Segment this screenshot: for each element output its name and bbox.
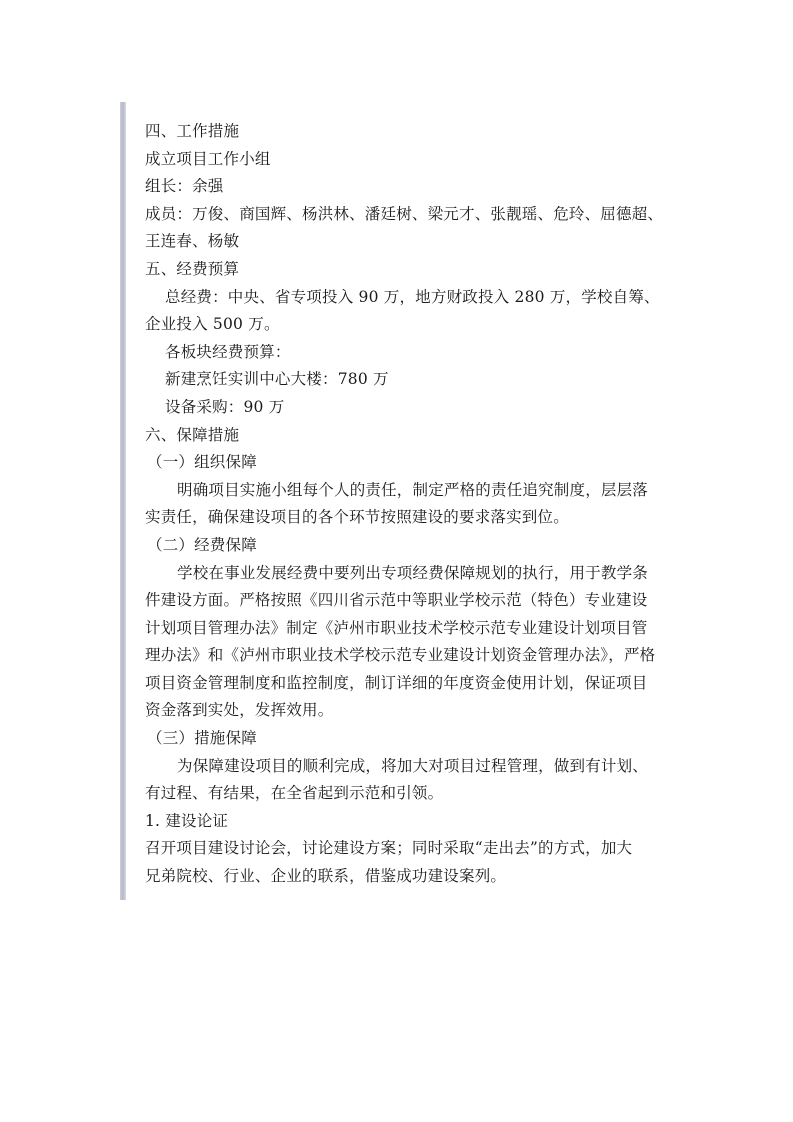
- construction-review-line-1: 召开项目建设讨论会，讨论建设方案；同时采取“走出去”的方式，加大: [145, 835, 665, 863]
- organization-para-line-2: 实责任，确保建设项目的各个环节按照建设的要求落实到位。: [145, 504, 665, 532]
- funding-para-line-1: 学校在事业发展经费中要列出专项经费保障规划的执行，用于教学条: [145, 560, 665, 588]
- scan-edge-shadow: [120, 102, 126, 900]
- group-members-line-2: 王连春、杨敏: [145, 228, 665, 256]
- section-heading-budget: 五、经费预算: [145, 256, 665, 284]
- group-leader: 组长：余强: [145, 173, 665, 201]
- subsection-heading-measures: （三）措施保障: [145, 725, 665, 753]
- subsection-heading-organization: （一）组织保障: [145, 449, 665, 477]
- funding-para-line-4: 理办法》和《泸州市职业技术学校示范专业建设计划资金管理办法》，严格: [145, 642, 665, 670]
- group-members-line-1: 成员：万俊、商国辉、杨洪林、潘廷树、梁元才、张靓瑶、危玲、屈德超、: [145, 201, 665, 229]
- budget-item-equipment: 设备采购：90 万: [145, 394, 665, 422]
- measures-para-line-1: 为保障建设项目的顺利完成，将加大对项目过程管理，做到有计划、: [145, 753, 665, 781]
- subsection-heading-funding: （二）经费保障: [145, 532, 665, 560]
- total-budget-line-2: 企业投入 500 万。: [145, 311, 665, 339]
- funding-para-line-3: 计划项目管理办法》制定《泸州市职业技术学校示范专业建设计划项目管: [145, 615, 665, 643]
- construction-review-line-2: 兄弟院校、行业、企业的联系，借鉴成功建设案列。: [145, 863, 665, 891]
- funding-para-line-6: 资金落到实处，发挥效用。: [145, 697, 665, 725]
- subheading-project-group: 成立项目工作小组: [145, 146, 665, 174]
- organization-para-line-1: 明确项目实施小组每个人的责任，制定严格的责任追究制度，层层落: [145, 477, 665, 505]
- document-page: 四、工作措施 成立项目工作小组 组长：余强 成员：万俊、商国辉、杨洪林、潘廷树、…: [145, 118, 665, 891]
- section-heading-work-measures: 四、工作措施: [145, 118, 665, 146]
- budget-item-building: 新建烹饪实训中心大楼：780 万: [145, 366, 665, 394]
- funding-para-line-5: 项目资金管理制度和监控制度，制订详细的年度资金使用计划，保证项目: [145, 670, 665, 698]
- measures-para-line-2: 有过程、有结果，在全省起到示范和引领。: [145, 780, 665, 808]
- funding-para-line-2: 件建设方面。严格按照《四川省示范中等职业学校示范（特色）专业建设: [145, 587, 665, 615]
- total-budget-line-1: 总经费：中央、省专项投入 90 万，地方财政投入 280 万，学校自筹、: [145, 284, 665, 312]
- item-heading-construction-review: 1. 建设论证: [145, 808, 665, 836]
- budget-breakdown-title: 各板块经费预算：: [145, 339, 665, 367]
- section-heading-safeguards: 六、保障措施: [145, 422, 665, 450]
